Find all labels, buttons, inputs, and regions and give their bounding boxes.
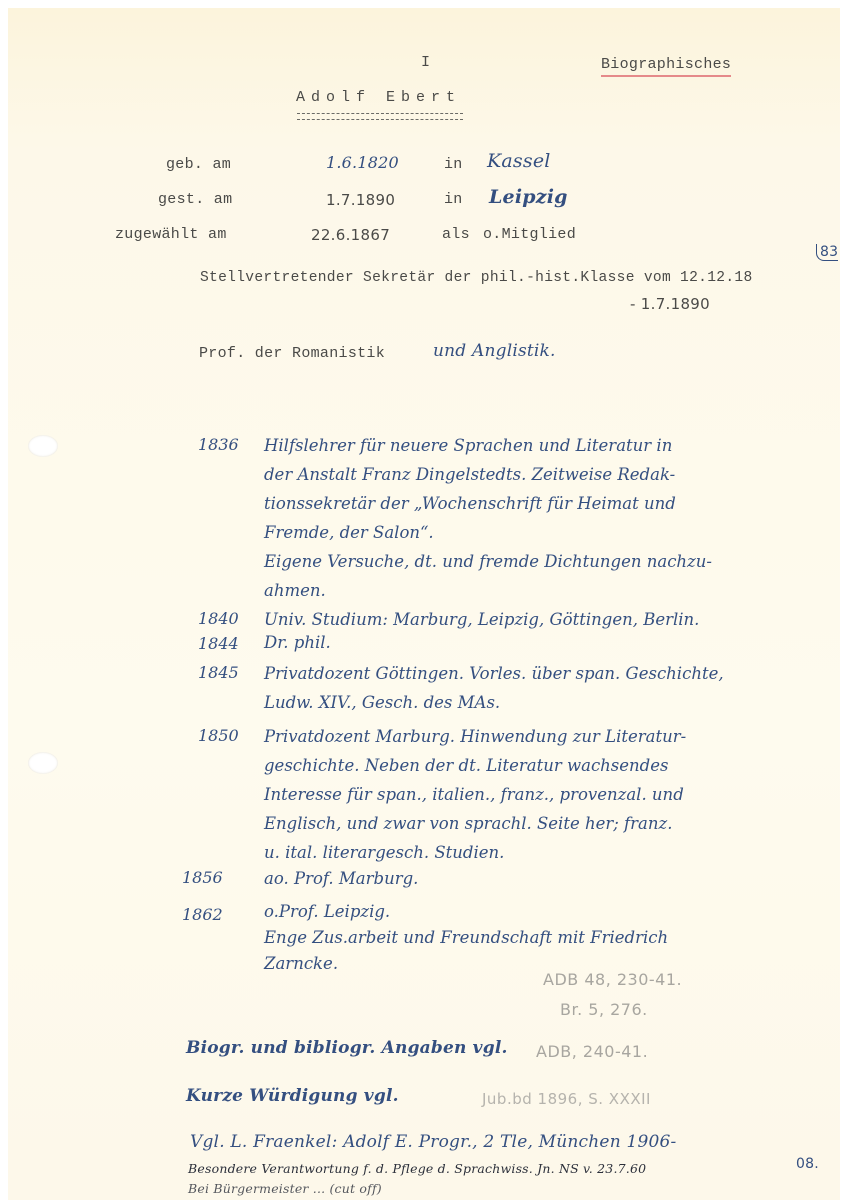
entry-line: ahmen. [264, 576, 712, 605]
vital-prep: als [442, 226, 470, 243]
entry-line: Dr. phil. [264, 628, 331, 657]
vital-prep: in [444, 156, 463, 173]
vital-date: 1.7.1890 [326, 191, 395, 209]
entry-line: Hilfslehrer für neuere Sprachen und Lite… [264, 431, 712, 460]
profession-typed: Prof. der Romanistik [199, 345, 385, 362]
entry-line: Englisch, und zwar von sprachl. Seite he… [264, 809, 686, 838]
document-page: I Biographisches Adolf Ebert geb. am 1.6… [8, 8, 840, 1200]
vital-membership: o.Mitglied [483, 226, 576, 243]
appraisal-label: Kurze Würdigung vgl. [186, 1086, 399, 1106]
punch-hole-bottom [28, 752, 58, 774]
entry-year: 1850 [198, 726, 239, 745]
category-label: Biographisches [601, 56, 731, 77]
vital-label: geb. am [166, 156, 231, 173]
entry-line: Enge Zus.arbeit und Freundschaft mit Fri… [264, 925, 668, 951]
page-number: I [421, 54, 430, 71]
entry-line: tionssekretär der „Wochenschrift für Hei… [264, 489, 712, 518]
entry-year: 1845 [198, 663, 239, 682]
entry-text: Privatdozent Marburg. Hinwendung zur Lit… [264, 722, 686, 867]
bio-reference-label: Biogr. und bibliogr. Angaben vgl. [186, 1038, 508, 1058]
vital-date: 22.6.1867 [311, 226, 390, 244]
entry-text: Privatdozent Göttingen. Vorles. über spa… [264, 659, 724, 717]
entry-text: Dr. phil. [264, 628, 331, 657]
entry-line: Interesse für span., italien., franz., p… [264, 780, 686, 809]
appraisal-source: Jub.bd 1896, S. XXXII [482, 1090, 651, 1108]
note-responsibility: Besondere Verantwortung f. d. Pflege d. … [188, 1160, 646, 1177]
appraisal-source-text: Jub.bd 1896, S. XXXII [482, 1090, 651, 1108]
vital-date: 1.6.1820 [326, 153, 399, 172]
vital-place: Kassel [487, 150, 551, 172]
note-cutoff: Bei Bürgermeister ... (cut off) [188, 1180, 382, 1197]
year-correction: 83 [816, 244, 838, 261]
vital-prep: in [444, 191, 463, 208]
vital-place: Leipzig [489, 186, 568, 208]
entry-year: 1856 [182, 868, 223, 887]
entry-line: Fremde, der Salon“. [264, 518, 712, 547]
entry-line: Eigene Versuche, dt. und fremde Dichtung… [264, 547, 712, 576]
profession-handwritten: und Anglistik. [433, 341, 556, 361]
entry-line: Privatdozent Marburg. Hinwendung zur Lit… [264, 722, 686, 751]
entry-year: 1862 [182, 905, 223, 924]
entry-line: Privatdozent Göttingen. Vorles. über spa… [264, 659, 724, 688]
entry-line: u. ital. literargesch. Studien. [264, 838, 686, 867]
position-line-1: Stellvertretender Sekretär der phil.-his… [200, 270, 753, 286]
entry-text: ao. Prof. Marburg. [264, 864, 418, 893]
name-double-underline [297, 113, 463, 120]
entry-year: 1836 [198, 435, 239, 454]
entry-year: 1844 [198, 634, 239, 653]
pencil-reference-br: Br. 5, 276. [560, 1000, 648, 1019]
fraenkel-reference-end: 08. [796, 1156, 819, 1173]
entry-text: Hilfslehrer für neuere Sprachen und Lite… [264, 431, 712, 605]
entry-line: o.Prof. Leipzig. [264, 899, 668, 925]
pencil-reference-adb: ADB 48, 230-41. [543, 970, 682, 989]
entry-year: 1840 [198, 609, 239, 628]
fraenkel-reference: Vgl. L. Fraenkel: Adolf E. Progr., 2 Tle… [190, 1132, 676, 1152]
entry-line: ao. Prof. Marburg. [264, 864, 418, 893]
vital-label: gest. am [158, 191, 232, 208]
entry-text: o.Prof. Leipzig. Enge Zus.arbeit und Fre… [264, 899, 668, 977]
punch-hole-top [28, 435, 58, 457]
vital-label: zugewählt am [115, 226, 227, 243]
entry-line: der Anstalt Franz Dingelstedts. Zeitweis… [264, 460, 712, 489]
bio-reference-source: ADB, 240-41. [536, 1042, 648, 1061]
entry-line: geschichte. Neben der dt. Literatur wach… [264, 751, 686, 780]
person-name: Adolf Ebert [296, 89, 461, 106]
entry-line: Ludw. XIV., Gesch. des MAs. [264, 688, 724, 717]
position-line-2: - 1.7.1890 [630, 295, 710, 313]
